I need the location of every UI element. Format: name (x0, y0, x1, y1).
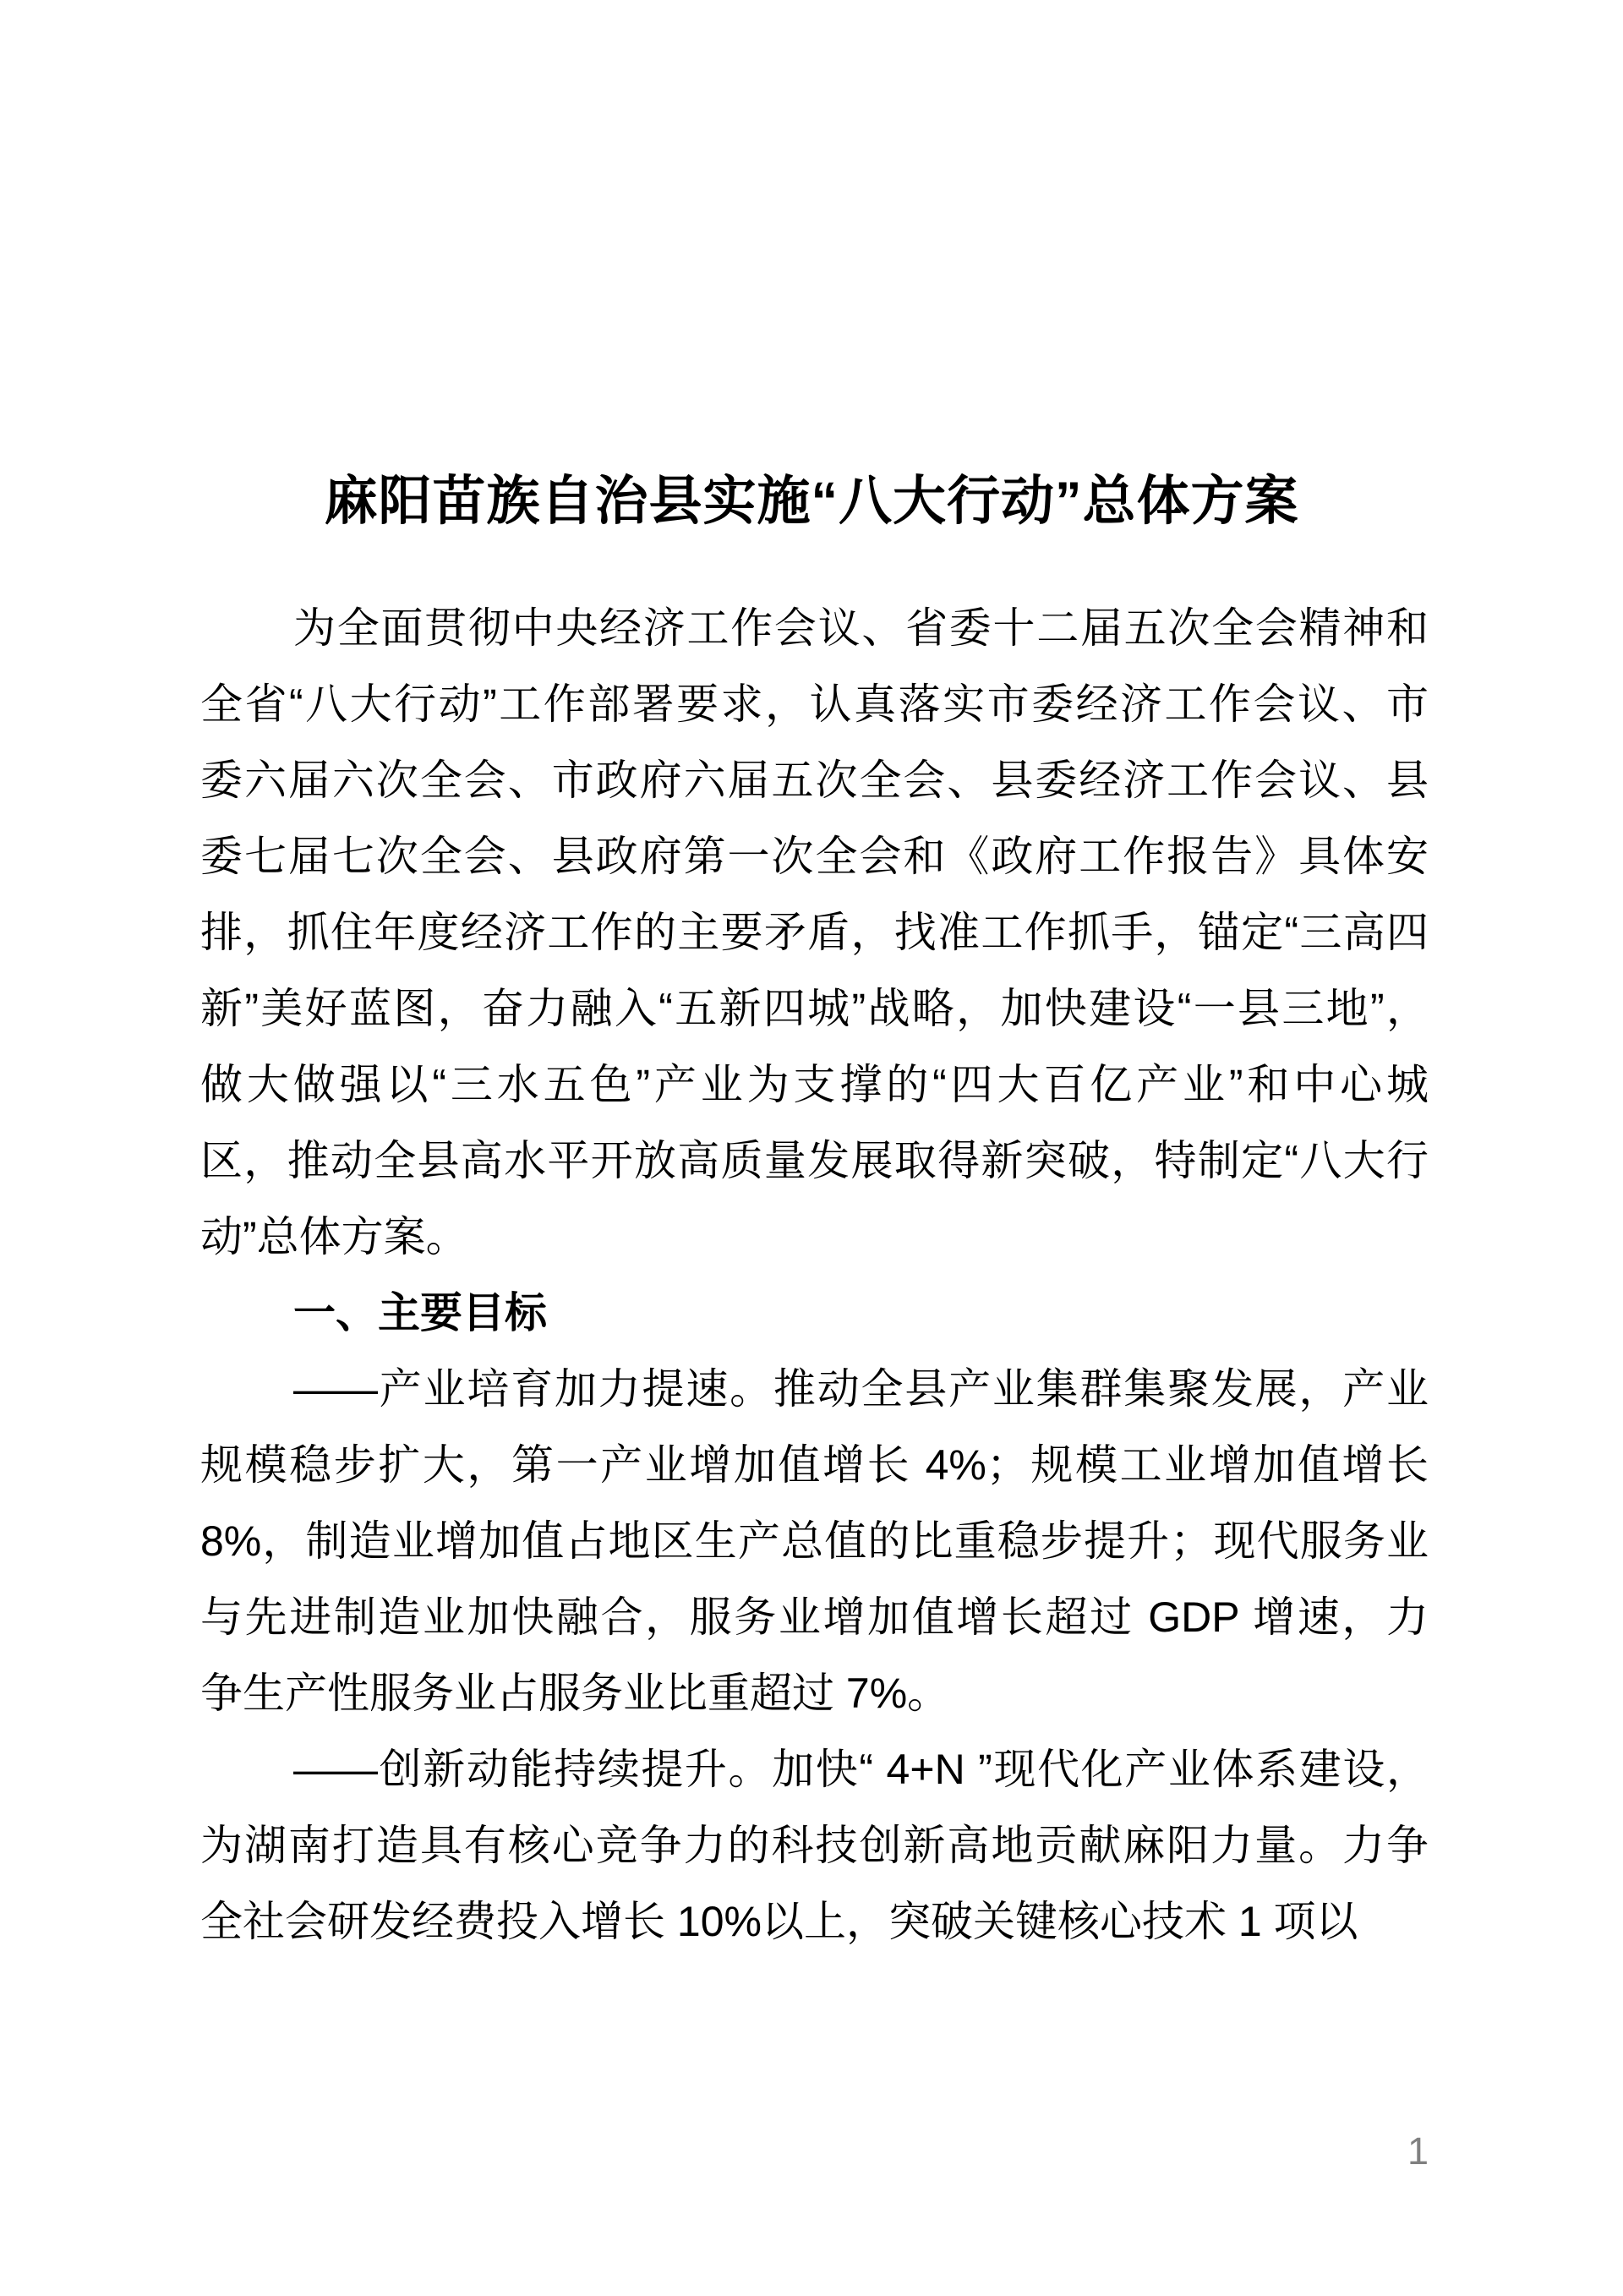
paragraph-line: 做大做强以“三水五色”产业为支撑的“四大百亿产业”和中心城 (200, 1047, 1429, 1123)
paragraph-line: 排，抓住年度经济工作的主要矛盾，找准工作抓手，锚定“三高四 (200, 894, 1429, 970)
paragraph-line: 与先进制造业加快融合，服务业增加值增长超过 GDP 增速，力 (200, 1579, 1429, 1655)
paragraph-line: 全社会研发经费投入增长 10%以上，突破关键核心技术 1 项以 (200, 1883, 1429, 1960)
paragraph-line: 委六届六次全会、市政府六届五次全会、县委经济工作会议、县 (200, 742, 1429, 818)
document-title: 麻阳苗族自治县实施“八大行动”总体方案 (0, 470, 1623, 533)
paragraph-line: 争生产性服务业占服务业比重超过 7%。 (200, 1655, 1429, 1731)
paragraph-line: 新”美好蓝图，奋力融入“五新四城”战略，加快建设“一县三地”， (200, 970, 1429, 1047)
paragraph-line: 规模稳步扩大，第一产业增加值增长 4%；规模工业增加值增长 (200, 1427, 1429, 1503)
document-body: 为全面贯彻中央经济工作会议、省委十二届五次全会精神和全省“八大行动”工作部署要求… (200, 590, 1429, 1960)
page-number-label: 1 (1407, 2129, 1429, 2173)
paragraph-line: 8%，制造业增加值占地区生产总值的比重稳步提升；现代服务业 (200, 1503, 1429, 1579)
paragraph-line: 全省“八大行动”工作部署要求，认真落实市委经济工作会议、市 (200, 666, 1429, 742)
paragraph-line: ——创新动能持续提升。加快“ 4+N ”现代化产业体系建设， (200, 1731, 1429, 1807)
paragraph-line: 委七届七次全会、县政府第一次全会和《政府工作报告》具体安 (200, 818, 1429, 894)
section-heading: 一、主要目标 (200, 1275, 1429, 1351)
paragraph-line: ——产业培育加力提速。推动全县产业集群集聚发展，产业 (200, 1351, 1429, 1427)
paragraph-line: 为湖南打造具有核心竞争力的科技创新高地贡献麻阳力量。力争 (200, 1807, 1429, 1883)
paragraph-line: 为全面贯彻中央经济工作会议、省委十二届五次全会精神和 (200, 590, 1429, 666)
document-page: 麻阳苗族自治县实施“八大行动”总体方案 为全面贯彻中央经济工作会议、省委十二届五… (0, 0, 1623, 2296)
paragraph-line: 动”总体方案。 (200, 1199, 1429, 1275)
page-footer: 1 (200, 2129, 1429, 2173)
paragraph-line: 区，推动全县高水平开放高质量发展取得新突破，特制定“八大行 (200, 1123, 1429, 1199)
